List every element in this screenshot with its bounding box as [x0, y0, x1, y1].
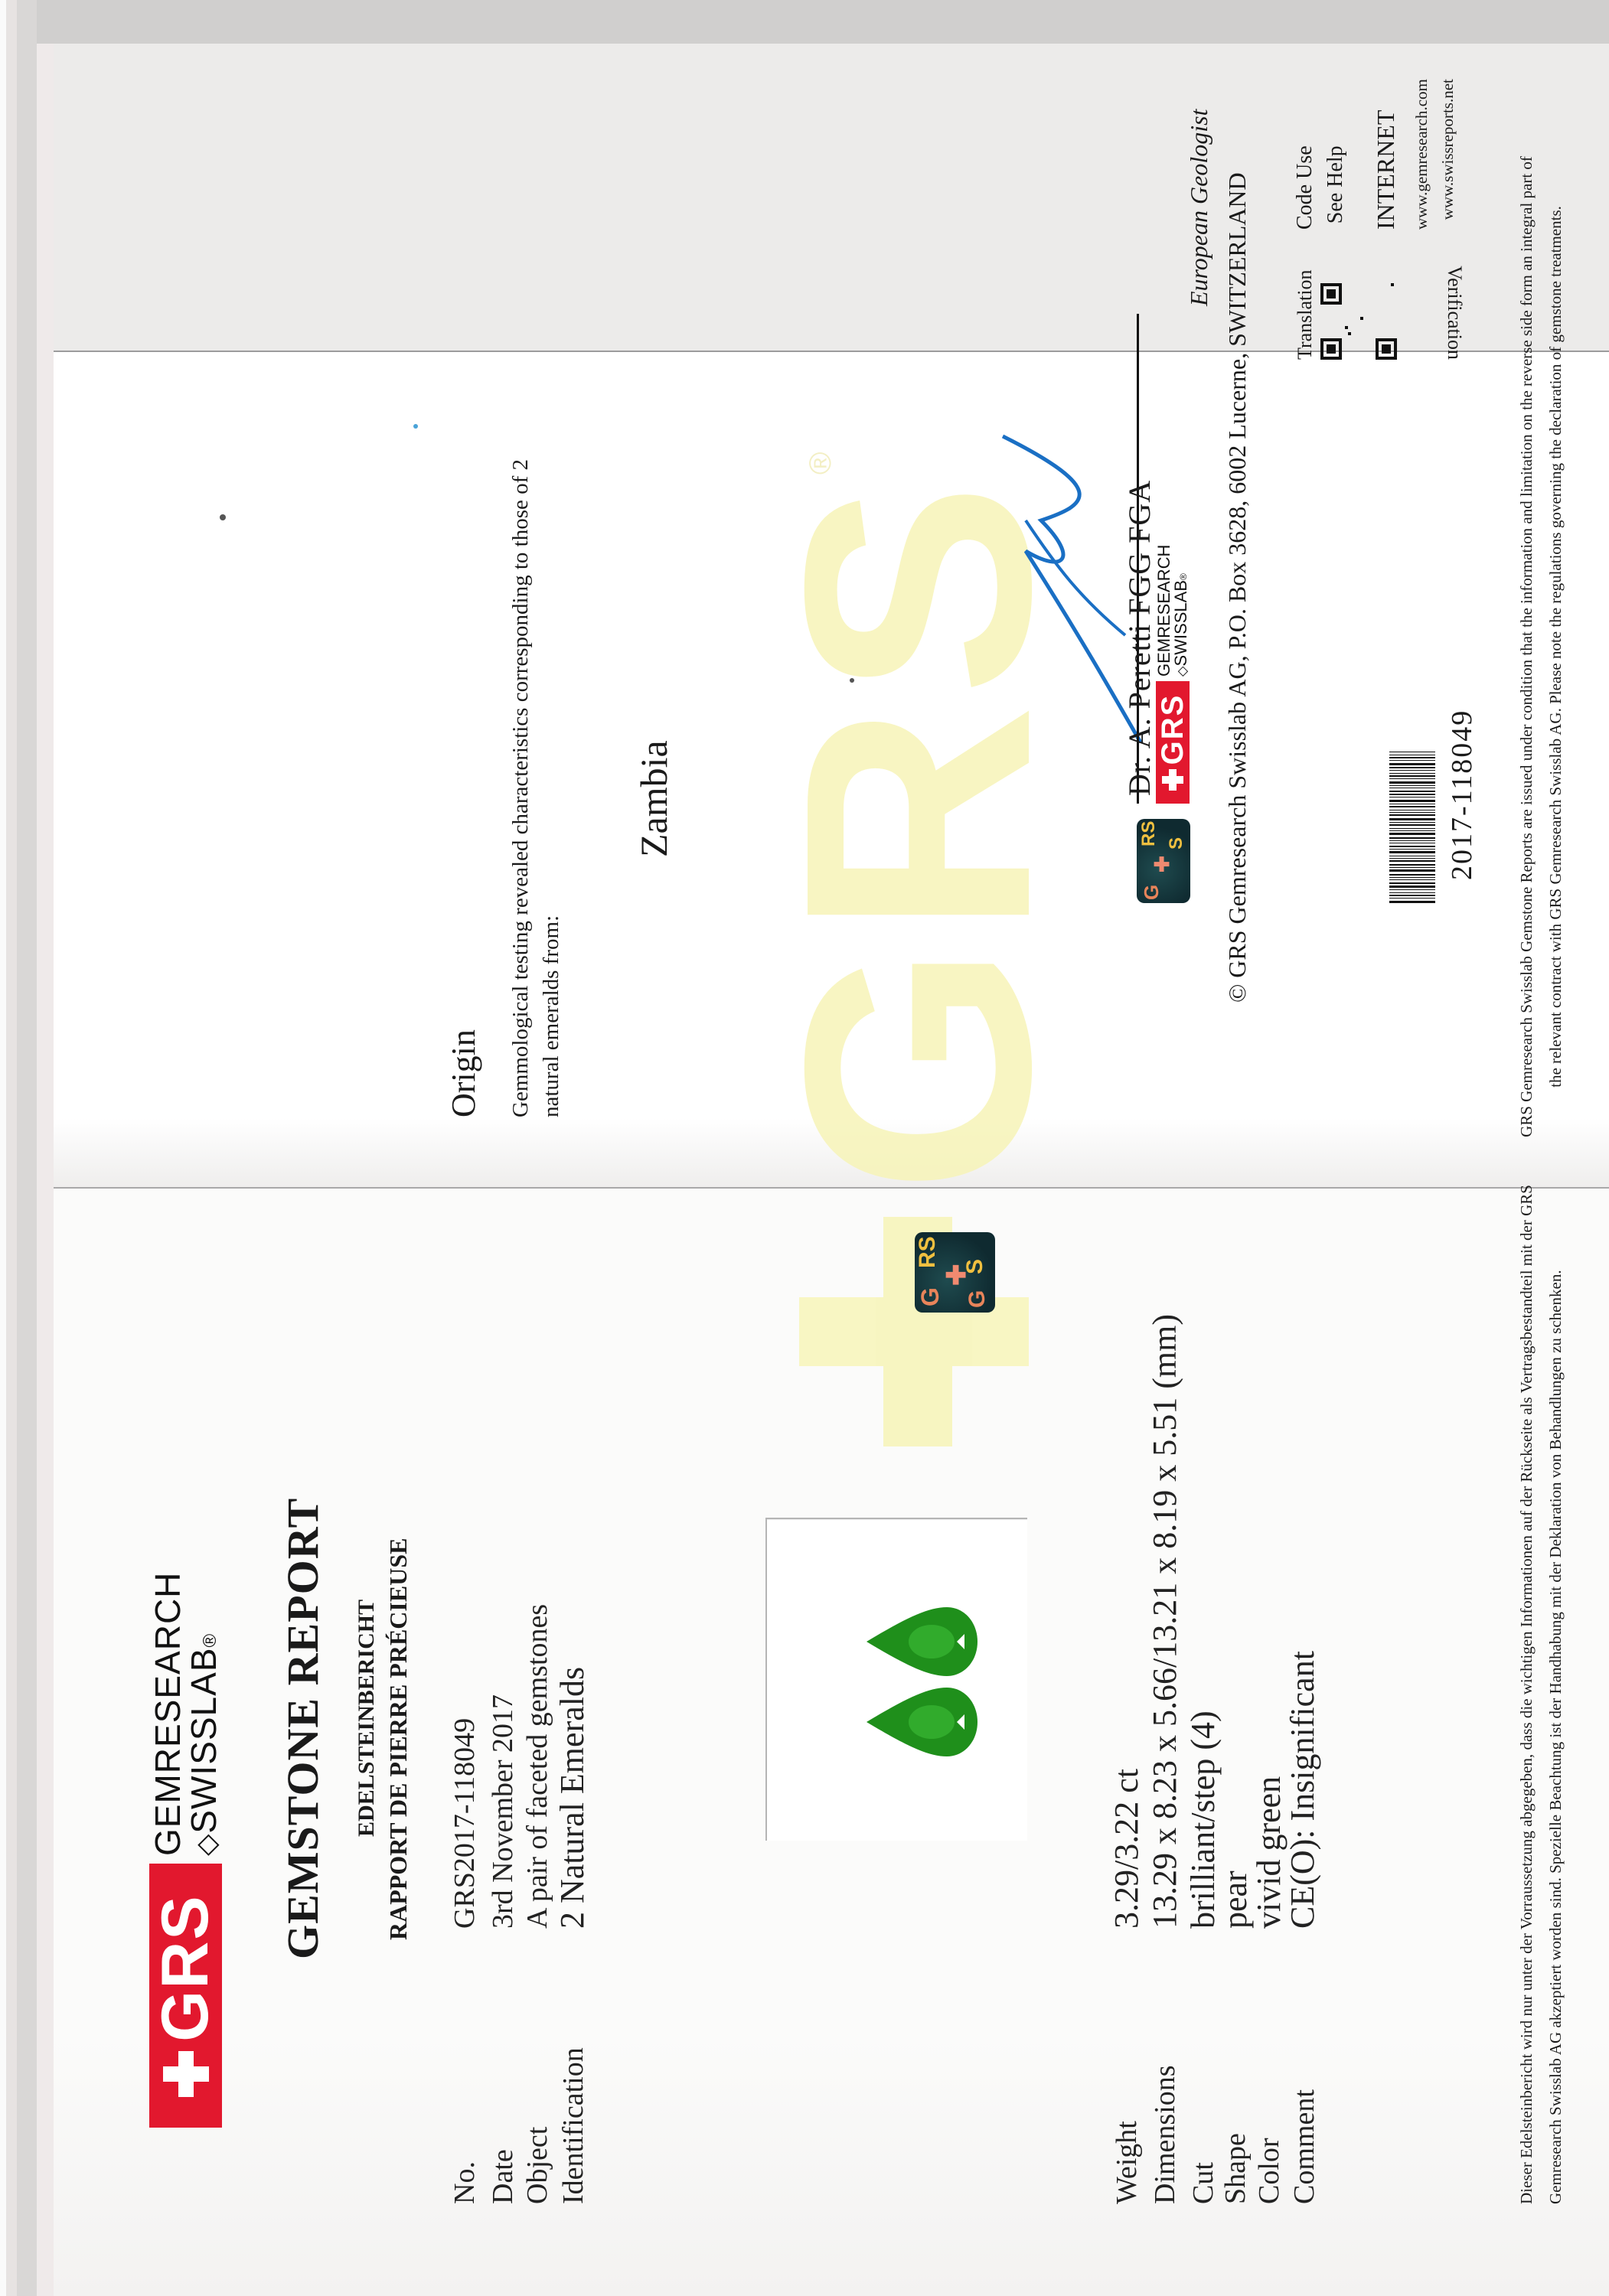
- report-title: GEMSTONE REPORT: [277, 1498, 328, 1959]
- value-date: 3rd November 2017: [486, 1694, 520, 1929]
- origin-country: Zambia: [632, 740, 676, 857]
- emerald-2-icon: [867, 1607, 977, 1676]
- origin-description: Gemmological testing revealed characteri…: [505, 429, 566, 1117]
- value-dimensions: 13.29 x 8.23 x 5.66/13.21 x 8.19 x 5.51 …: [1145, 1314, 1184, 1929]
- label-object: Object: [521, 2127, 554, 2204]
- security-hologram: G RS ✚ S G: [915, 1232, 995, 1313]
- registered-mark: ®: [804, 452, 838, 475]
- swiss-cross-icon: [163, 2051, 209, 2097]
- swiss-cross-icon: [1162, 769, 1183, 791]
- qr-code[interactable]: [1320, 283, 1397, 360]
- grs-logo-small: GRS GEMRESEARCH ◇SWISSLAB®: [1156, 545, 1190, 804]
- signature-hologram: G ✚ RS S: [1137, 819, 1190, 903]
- url-swissreports[interactable]: www.swissreports.net: [1434, 79, 1461, 230]
- label-comment: Comment: [1288, 2089, 1321, 2204]
- diamond-icon: ◇: [1174, 666, 1190, 677]
- website-links: www.gemresearch.com www.swissreports.net: [1408, 79, 1461, 230]
- label-cut: Cut: [1186, 2162, 1220, 2204]
- label-dimensions: Dimensions: [1148, 2065, 1182, 2204]
- label-color: Color: [1252, 2138, 1286, 2204]
- report-subtitle-de: EDELSTEINBERICHT: [354, 1600, 380, 1837]
- label-no: No.: [448, 2161, 481, 2204]
- emerald-1-icon: [867, 1688, 977, 1756]
- signatory-name: Dr. A. Peretti FGG FGA: [1121, 480, 1157, 796]
- label-shape: Shape: [1219, 2133, 1252, 2204]
- label-identification: Identification: [556, 2047, 590, 2204]
- footnote-german: Dieser Edelsteinbericht wird nur unter d…: [1512, 1148, 1570, 2204]
- footnote-english: GRS Gemresearch Swisslab Gemstone Report…: [1512, 145, 1570, 1148]
- signatory-title: European Geologist: [1185, 109, 1213, 306]
- report-subtitle-fr: RAPPORT DE PIERRE PRÉCIEUSE: [384, 1538, 413, 1940]
- code-use-text: Code Use See Help: [1290, 145, 1351, 230]
- qr-label-translation: Translation: [1294, 270, 1317, 360]
- qr-label-verification: Verification: [1443, 266, 1466, 360]
- origin-heading: Origin: [444, 1029, 483, 1117]
- company-address: © GRS Gemresearch Swisslab AG, P.O. Box …: [1223, 172, 1252, 1003]
- value-comment: CE(O): Insignificant: [1283, 1651, 1322, 1929]
- barcode-number: 2017-118049: [1445, 709, 1479, 880]
- url-gemresearch[interactable]: www.gemresearch.com: [1408, 79, 1434, 230]
- internet-heading: INTERNET: [1372, 110, 1400, 230]
- gemstone-photo: [765, 1518, 1027, 1841]
- gemstone-report-document: GRS ® GRS GEMRESEARCH ◇SWISSLAB® GEMSTON…: [0, 0, 1609, 2296]
- barcode: [1389, 719, 1435, 903]
- value-weight: 3.29/3.22 ct: [1107, 1769, 1146, 1929]
- grs-logo: GRS GEMRESEARCH ◇SWISSLAB®: [149, 1572, 222, 2128]
- value-object: A pair of faceted gemstones: [521, 1604, 554, 1929]
- label-date: Date: [486, 2149, 520, 2204]
- diamond-icon: ◇: [191, 1834, 222, 1856]
- value-identification: 2 Natural Emeralds: [553, 1667, 592, 1929]
- value-no: GRS2017-118049: [448, 1718, 481, 1929]
- label-weight: Weight: [1110, 2121, 1144, 2204]
